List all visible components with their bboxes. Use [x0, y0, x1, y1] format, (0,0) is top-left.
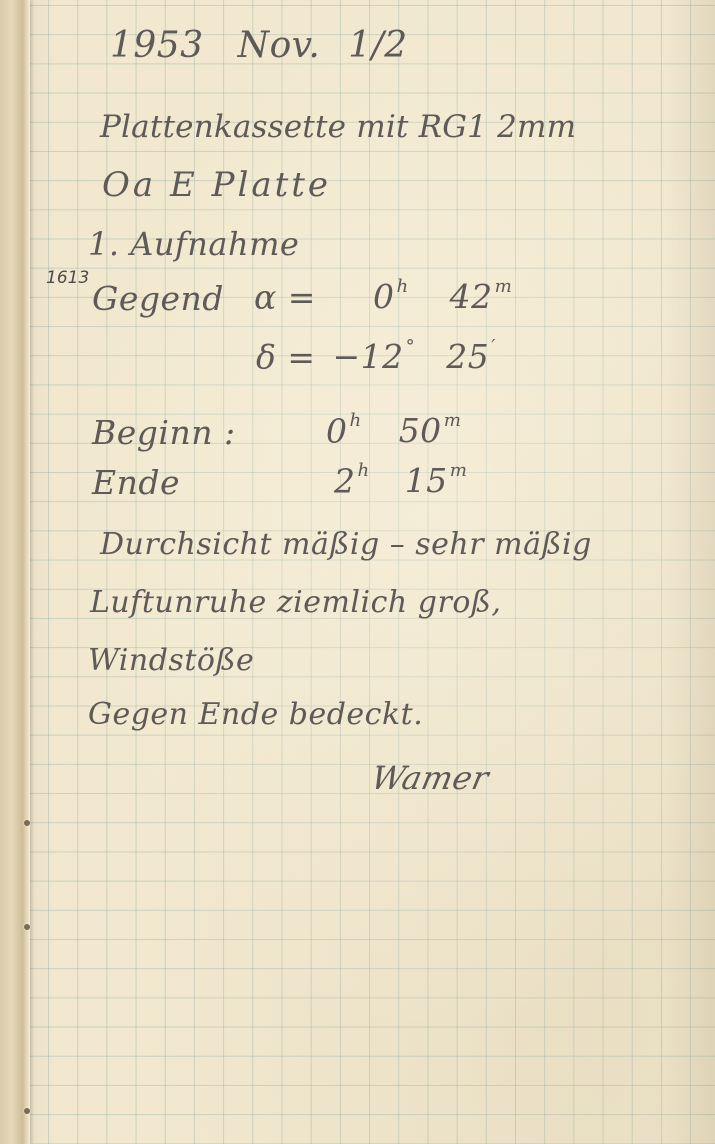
end-minutes-unit: m: [450, 460, 468, 481]
ra-minutes: 42: [450, 277, 493, 316]
begin-time: 0h 50m: [326, 412, 461, 447]
begin-minutes: 50: [399, 411, 442, 450]
dec-degrees-unit: °: [406, 336, 416, 357]
begin-minutes-unit: m: [444, 410, 462, 431]
remark-overcast: Gegen Ende bedeckt.: [88, 700, 423, 730]
begin-hours-unit: h: [350, 410, 362, 431]
binding-stitch-hole: [24, 820, 30, 826]
ra-symbol: α =: [254, 277, 316, 316]
entry-year: 1953: [110, 25, 204, 66]
notebook-page: 1953 Nov. 1/2 Plattenkassette mit RG1 2m…: [0, 0, 715, 1144]
entry-month: Nov.: [238, 25, 321, 66]
dec-arcminutes-unit: ′: [491, 336, 496, 357]
margin-field-number: 1613: [46, 268, 89, 288]
end-minutes: 15: [405, 461, 448, 500]
end-label: Ende: [92, 466, 180, 499]
remark-turbulence: Luftunruhe ziemlich groß,: [90, 588, 501, 618]
remark-seeing: Durchsicht mäßig – sehr mäßig: [100, 530, 592, 560]
begin-hours: 0: [326, 411, 348, 450]
declination: δ = −12° 25′: [256, 338, 496, 373]
dec-symbol: δ =: [256, 337, 316, 376]
cassette-line: Plattenkassette mit RG1 2mm: [100, 112, 576, 143]
ra-hours-unit: h: [396, 276, 408, 297]
dec-degrees: −12: [333, 337, 404, 376]
remark-wind: Windstöße: [88, 646, 254, 676]
end-hours-unit: h: [358, 460, 370, 481]
signature: Wamer: [369, 762, 492, 794]
dec-arcminutes: 25: [446, 337, 489, 376]
entry-date: 1953 Nov. 1/2: [110, 28, 408, 64]
right-ascension: α = 0h 42m: [254, 278, 512, 313]
end-hours: 2: [334, 461, 356, 500]
binding-stitch-hole: [24, 1108, 30, 1114]
exposure-title: 1. Aufnahme: [88, 228, 299, 260]
ra-hours: 0: [373, 277, 395, 316]
binding-stitch-hole: [24, 924, 30, 930]
ra-minutes-unit: m: [495, 276, 513, 297]
plate-line: Oa E Platte: [102, 168, 331, 202]
begin-label: Beginn :: [92, 416, 236, 449]
end-time: 2h 15m: [334, 462, 467, 497]
region-label: Gegend: [92, 282, 224, 315]
page-binding-edge: [0, 0, 30, 1144]
entry-day: 1/2: [348, 25, 407, 66]
